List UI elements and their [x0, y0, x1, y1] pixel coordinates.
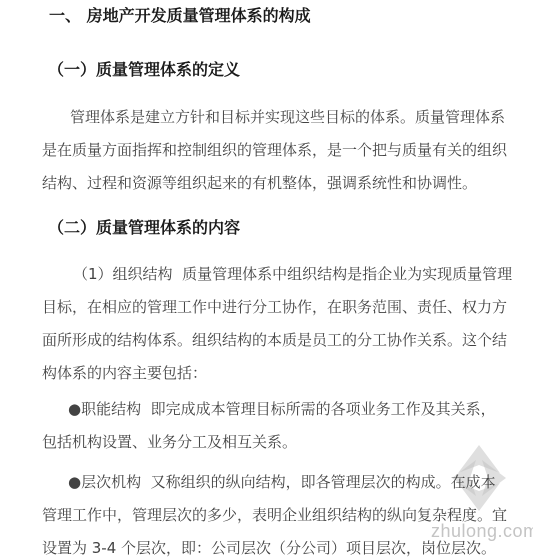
- text-line: 是在质量方面指挥和控制组织的管理体系，是一个把与质量有关的组织: [42, 134, 512, 167]
- text-line: 面所形成的结构体系。组织结构的本质是员工的分工协作关系。这个结: [42, 324, 512, 357]
- text-line: 包括机构设置、业务分工及相互关系。: [42, 426, 512, 459]
- bullet-item-level-structure: ●层次机构 又称组织的纵向结构，即各管理层次的构成。在成本 管理工作中，管理层次…: [42, 466, 512, 560]
- section1-heading: （一）质量管理体系的定义: [48, 59, 512, 81]
- text-line: 管理工作中，管理层次的多少，表明企业组织结构的纵向复杂程度。宜: [42, 499, 512, 532]
- text-line: 结构、过程和资源等组织起来的有机整体，强调系统性和协调性。: [42, 167, 512, 200]
- document-page: zhulong.com 一、 房地产开发质量管理体系的构成 （一）质量管理体系的…: [0, 0, 533, 560]
- text-line: 目标，在相应的管理工作中进行分工协作，在职务范围、责任、权力方: [42, 291, 512, 324]
- text-line: ●职能结构 即完成成本管理目标所需的各项业务工作及其关系，: [42, 393, 512, 426]
- text-line: ●层次机构 又称组织的纵向结构，即各管理层次的构成。在成本: [42, 466, 512, 499]
- doc-title-heading: 一、 房地产开发质量管理体系的构成: [49, 5, 512, 27]
- text-line: （1）组织结构 质量管理体系中组织结构是指企业为实现质量管理: [42, 258, 512, 291]
- section1-paragraph: 管理体系是建立方针和目标并实现这些目标的体系。质量管理体系 是在质量方面指挥和控…: [42, 101, 512, 200]
- bullet-item-function-structure: ●职能结构 即完成成本管理目标所需的各项业务工作及其关系， 包括机构设置、业务分…: [42, 393, 512, 459]
- document-content: 一、 房地产开发质量管理体系的构成 （一）质量管理体系的定义 管理体系是建立方针…: [0, 5, 533, 560]
- text-line: 设置为 3-4 个层次，即：公司层次（分公司）项目层次，岗位层次。: [42, 532, 512, 560]
- text-line: 管理体系是建立方针和目标并实现这些目标的体系。质量管理体系: [42, 101, 512, 134]
- section2-paragraph1: （1）组织结构 质量管理体系中组织结构是指企业为实现质量管理 目标，在相应的管理…: [42, 258, 512, 390]
- text-line: 构体系的内容主要包括：: [42, 357, 512, 390]
- section2-heading: （二）质量管理体系的内容: [48, 217, 512, 239]
